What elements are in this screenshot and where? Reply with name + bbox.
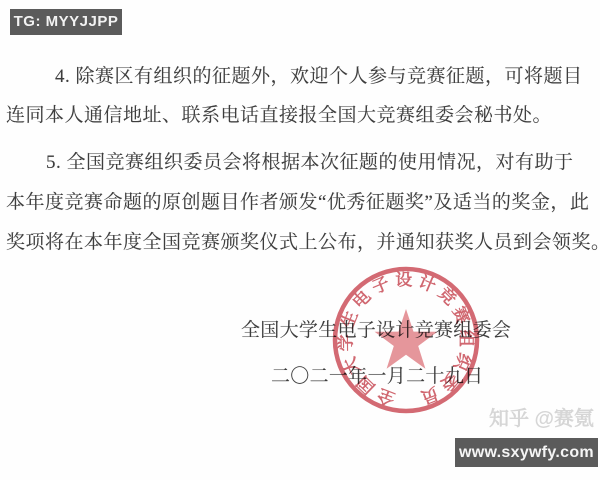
paragraph-4-line-1: 4. 除赛区有组织的征题外，欢迎个人参与竞赛征题，可将题目 (6, 61, 583, 88)
paragraph-5-line-3: 奖项将在本年度全国竞赛颁奖仪式上公布，并通知获奖人员到会领奖。 (6, 227, 600, 254)
document-page: TG: MYYJJPP 4. 除赛区有组织的征题外，欢迎个人参与竞赛征题，可将题… (0, 0, 600, 480)
seal-star-icon (375, 309, 438, 369)
zhihu-watermark: 知乎 @赛氪 (489, 402, 594, 431)
paragraph-4-line-2: 连同本人通信地址、联系电话直接报全国大竞赛组委会秘书处。 (6, 100, 552, 127)
website-watermark-bar: www.sxywfy.com (455, 438, 598, 467)
paragraph-5-line-1: 5. 全国竞赛组织委员会将根据本次征题的使用情况，对有助于 (6, 147, 574, 174)
telegram-watermark-badge: TG: MYYJJPP (10, 9, 122, 35)
official-seal-stamp: 全国大学生电子设计竞赛组织委员会 (330, 264, 482, 416)
paragraph-5-line-2: 本年度竞赛命题的原创题目作者颁发“优秀征题奖”及适当的奖金，此 (6, 187, 589, 214)
